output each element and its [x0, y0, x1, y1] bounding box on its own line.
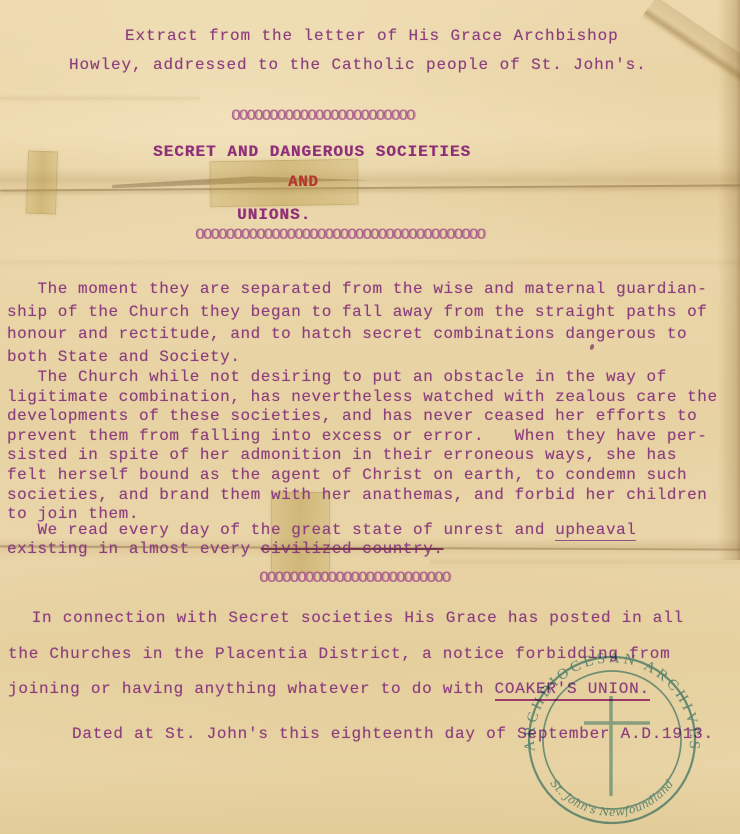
ornament-row-1: OOOOOOOOOOOOOOOOOOOOOOOO	[231, 107, 413, 125]
archive-stamp: ARCHDIOCESAN ARCHIVES St. John's Newfoun…	[522, 650, 702, 830]
cross-icon	[584, 696, 650, 796]
paragraph-3-line-1-text: We read every day of the great state of …	[7, 521, 555, 539]
title-and: AND	[288, 173, 318, 191]
minor-crease	[0, 94, 200, 104]
ornament-row-2: OOOOOOOOOOOOOOOOOOOOOOOOOOOOOOOOOOOOOO	[195, 226, 484, 244]
archive-stamp-graphic: ARCHDIOCESAN ARCHIVES St. John's Newfoun…	[522, 650, 702, 830]
paragraph-4-line-1: In connection with Secret societies His …	[11, 608, 684, 628]
paragraph-2: The Church while not desiring to put an …	[7, 368, 718, 525]
underlined-word-upheaval: upheaval	[555, 521, 636, 541]
paragraph-3-line-2: existing in almost every civilized count…	[7, 539, 444, 559]
title-secret-societies: SECRET AND DANGEROUS SOCIETIES	[153, 143, 471, 161]
paragraph-4-line-3-text: joining or having anything whatever to d…	[8, 680, 495, 698]
paragraph-3-line-1: We read every day of the great state of …	[7, 520, 636, 540]
document-scan: Extract from the letter of His Grace Arc…	[0, 0, 740, 834]
paragraph-1: The moment they are separated from the w…	[7, 278, 707, 368]
fold-crease-shadow-top	[0, 168, 740, 196]
minor-crease	[0, 258, 740, 268]
minor-crease	[430, 556, 740, 570]
tape-patch-left	[26, 150, 58, 214]
header-line-2: Howley, addressed to the Catholic people…	[69, 54, 647, 76]
struck-words-civilized-country: civilized country.	[261, 540, 444, 558]
title-unions: UNIONS.	[237, 206, 311, 224]
paragraph-3-line-2-text: existing in almost every	[7, 540, 261, 558]
tape-patch-center	[210, 159, 359, 208]
paper-edge-shadow	[718, 0, 740, 560]
header-line-1: Extract from the letter of His Grace Arc…	[125, 25, 619, 47]
ornament-row-3: OOOOOOOOOOOOOOOOOOOOOOOOO	[259, 569, 449, 587]
